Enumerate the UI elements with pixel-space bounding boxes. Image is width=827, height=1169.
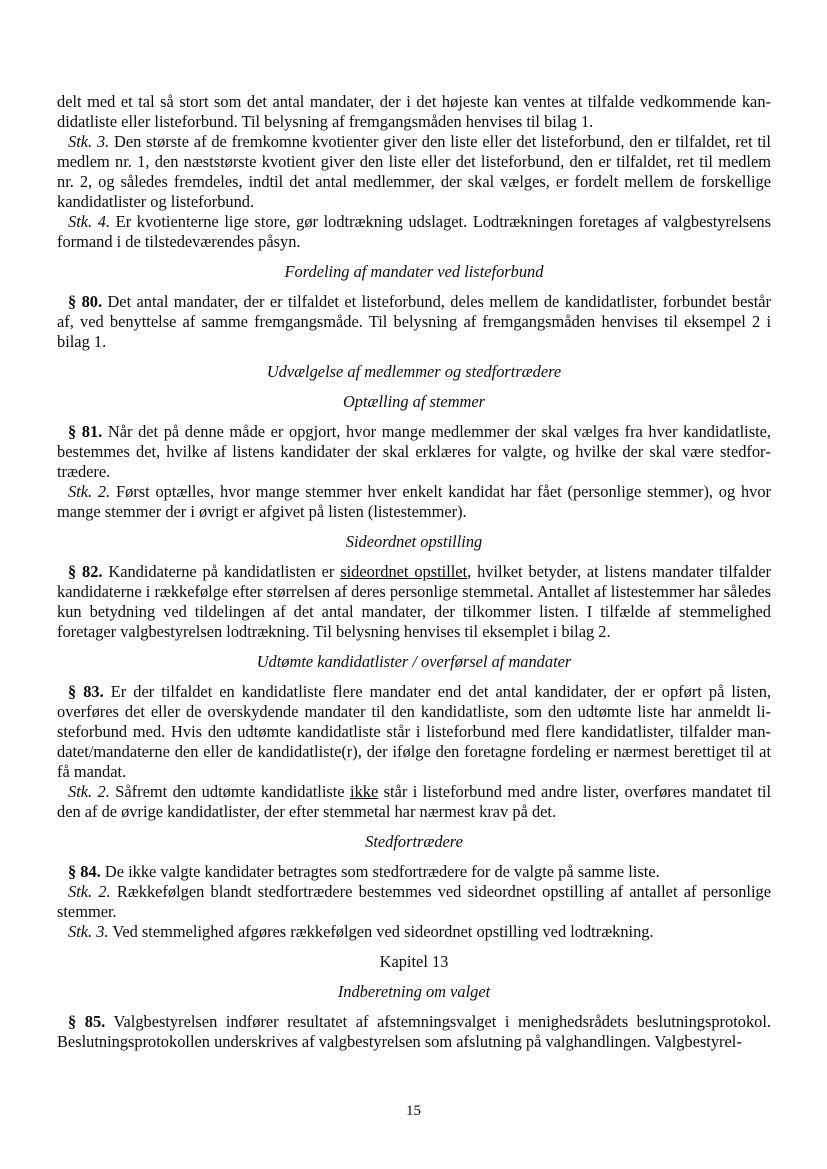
document-page: delt med et tal så stort som det antal m… — [0, 0, 827, 1169]
underlined-term: ikke — [350, 782, 378, 801]
section-heading: Udvælgelse af medlemmer og stedfortræder… — [57, 362, 771, 382]
paragraph-text: Det antal mandater, der er tilfaldet et … — [57, 292, 771, 351]
paragraph: § 84. De ikke valgte kandidater betragte… — [57, 862, 771, 882]
paragraph-text: Når det på denne måde er opgjort, hvor m… — [57, 422, 771, 481]
text-block: delt med et tal så stort som det antal m… — [57, 92, 771, 1052]
paragraph: Stk. 2. Først optælles, hvor mange stemm… — [57, 482, 771, 522]
paragraph-text: Ved stemmelighed afgøres rækkefølgen ved… — [109, 922, 654, 941]
paragraph: § 83. Er der tilfaldet en kandidatliste … — [57, 682, 771, 782]
paragraph-text: Kandidaterne på kandidatlisten er — [103, 562, 341, 581]
paragraph-text: De ikke valgte kandidater betragtes som … — [101, 862, 660, 881]
paragraph-text: delt med et tal så stort som det antal m… — [57, 92, 771, 131]
paragraph-text: Rækkefølgen blandt stedfortrædere bestem… — [57, 882, 771, 921]
stk-label: Stk. 3. — [68, 922, 109, 941]
stk-label: Stk. 3. — [68, 132, 109, 151]
paragraph: § 85. Valgbestyrelsen indfører resultate… — [57, 1012, 771, 1052]
paragraph: Stk. 3. Den største af de fremkomne kvot… — [57, 132, 771, 212]
paragraph: § 80. Det antal mandater, der er tilfald… — [57, 292, 771, 352]
section-heading: Udtømte kandidatlister / overførsel af m… — [57, 652, 771, 672]
paragraph: Stk. 4. Er kvotienterne lige store, gør … — [57, 212, 771, 252]
stk-label: Stk. 4. — [68, 212, 110, 231]
underlined-term: sideordnet opstillet — [340, 562, 467, 581]
section-number: § 80. — [68, 292, 102, 311]
paragraph-text: Er kvotienterne lige store, gør lodtrækn… — [57, 212, 771, 251]
section-number: § 85. — [68, 1012, 105, 1031]
paragraph: delt med et tal så stort som det antal m… — [57, 92, 771, 132]
section-heading: Indberetning om valget — [57, 982, 771, 1002]
paragraph: § 81. Når det på denne måde er opgjort, … — [57, 422, 771, 482]
paragraph: § 82. Kandidaterne på kandidatlisten er … — [57, 562, 771, 642]
paragraph-text: Først optælles, hvor mange stemmer hver … — [57, 482, 771, 521]
stk-label: Stk. 2. — [68, 882, 111, 901]
section-number: § 84. — [68, 862, 101, 881]
page-number: 15 — [0, 1103, 827, 1120]
section-number: § 81. — [68, 422, 102, 441]
section-heading: Stedfortrædere — [57, 832, 771, 852]
chapter-heading: Kapitel 13 — [57, 952, 771, 972]
stk-label: Stk. 2. — [68, 482, 110, 501]
paragraph: Stk. 2. Såfremt den udtømte kandidatlist… — [57, 782, 771, 822]
stk-label: Stk. 2. — [68, 782, 110, 801]
section-heading: Fordeling af mandater ved listeforbund — [57, 262, 771, 282]
section-heading: Sideordnet opstilling — [57, 532, 771, 552]
section-number: § 82. — [68, 562, 103, 581]
paragraph: Stk. 3. Ved stemmelighed afgøres rækkefø… — [57, 922, 771, 942]
paragraph-text: Såfremt den udtømte kandidatliste — [110, 782, 350, 801]
paragraph-text: Valgbestyrelsen indfører resultatet af a… — [57, 1012, 771, 1051]
paragraph-text: Den største af de fremkomne kvotienter g… — [57, 132, 771, 211]
section-number: § 83. — [68, 682, 104, 701]
section-heading: Optælling af stemmer — [57, 392, 771, 412]
paragraph-text: Er der tilfaldet en kandidatliste flere … — [57, 682, 771, 781]
paragraph: Stk. 2. Rækkefølgen blandt stedfortræder… — [57, 882, 771, 922]
